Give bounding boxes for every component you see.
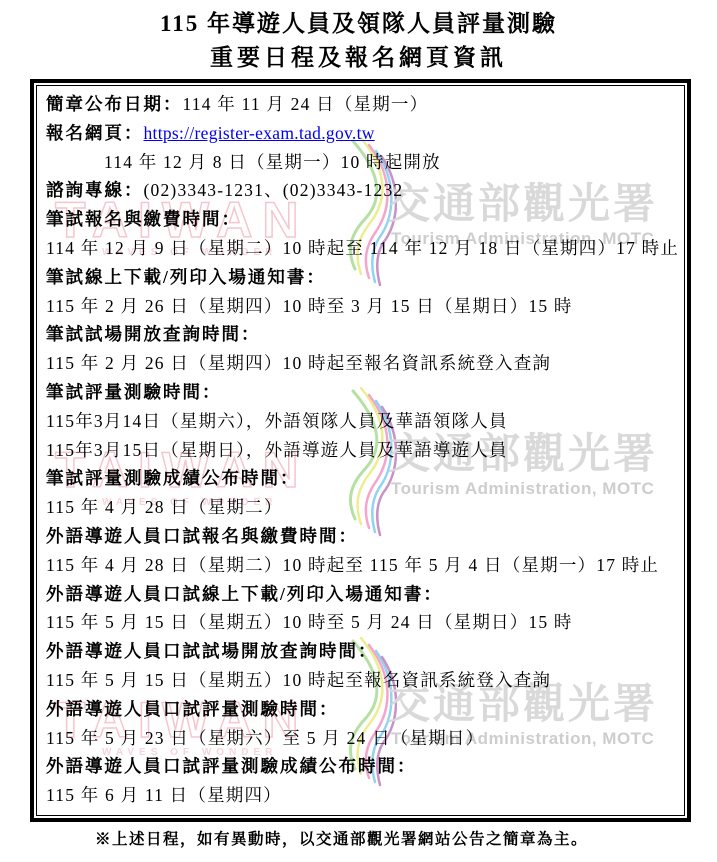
schedule-label: 筆試試場開放查詢時間：	[46, 324, 261, 344]
schedule-line: 115年3月14日（星期六），外語領隊人員及華語領隊人員	[46, 407, 678, 436]
schedule-line: 115 年 4 月 28 日（星期二）	[46, 493, 678, 522]
schedule-line: 115 年 5 月 23 日（星期六）至 5 月 24 日（星期日）	[46, 724, 678, 753]
title-block: 115 年導遊人員及領隊人員評量測驗 重要日程及報名網頁資訊	[0, 0, 717, 73]
schedule-line: 114 年 12 月 8 日（星期一）10 時起開放	[46, 148, 678, 177]
schedule-line: 諮詢專線：(02)3343-1231、(02)3343-1232	[46, 176, 678, 205]
schedule-line: 114 年 12 月 9 日（星期二）10 時起至 114 年 12 月 18 …	[46, 234, 678, 263]
schedule-value: 115 年 5 月 15 日（星期五）10 時至 5 月 24 日（星期日）15…	[46, 612, 573, 632]
schedule-value: 115年3月14日（星期六），外語領隊人員及華語領隊人員	[46, 411, 508, 431]
schedule-label: 外語導遊人員口試評量測驗時間：	[46, 699, 339, 719]
page-subtitle: 重要日程及報名網頁資訊	[0, 43, 717, 73]
schedule-value: 115 年 5 月 23 日（星期六）至 5 月 24 日（星期日）	[46, 728, 484, 748]
schedule-label: 報名網頁：	[46, 123, 144, 143]
schedule-label: 筆試報名與繳費時間：	[46, 209, 241, 229]
schedule-value: 114 年 11 月 24 日（星期一）	[183, 94, 429, 114]
schedule-line: 筆試線上下載/列印入場通知書：	[46, 263, 678, 292]
schedule-value: 115 年 6 月 11 日（星期四）	[46, 785, 282, 805]
schedule-line: 115 年 5 月 15 日（星期五）10 時至 5 月 24 日（星期日）15…	[46, 608, 678, 637]
registration-website-link[interactable]: https://register-exam.tad.gov.tw	[144, 123, 375, 143]
schedule-value: 115 年 2 月 26 日（星期四）10 時至 3 月 15 日（星期日）15…	[46, 296, 573, 316]
schedule-line: 報名網頁：https://register-exam.tad.gov.tw	[46, 119, 678, 148]
schedule-line: 外語導遊人員口試評量測驗時間：	[46, 695, 678, 724]
schedule-label: 筆試線上下載/列印入場通知書：	[46, 267, 326, 287]
page-title: 115 年導遊人員及領隊人員評量測驗	[0, 9, 717, 39]
schedule-value: 115 年 4 月 28 日（星期二）10 時起至 115 年 5 月 4 日（…	[46, 555, 659, 575]
schedule-label: 外語導遊人員口試評量測驗成績公布時間：	[46, 756, 417, 776]
schedule-value: 115 年 4 月 28 日（星期二）	[46, 497, 283, 517]
schedule-line: 筆試報名與繳費時間：	[46, 205, 678, 234]
schedule-line: 115 年 2 月 26 日（星期四）10 時起至報名資訊系統登入查詢	[46, 349, 678, 378]
schedule-label: 筆試評量測驗成績公布時間：	[46, 468, 300, 488]
schedule-label: 筆試評量測驗時間：	[46, 382, 222, 402]
schedule-line: 筆試評量測驗成績公布時間：	[46, 464, 678, 493]
schedule-label: 簡章公布日期：	[46, 94, 183, 114]
schedule-value: (02)3343-1231、(02)3343-1232	[144, 180, 404, 200]
schedule-value: 114 年 12 月 8 日（星期一）10 時起開放	[104, 152, 441, 172]
schedule-box: 簡章公布日期：114 年 11 月 24 日（星期一）報名網頁：https://…	[30, 79, 691, 822]
schedule-value: 115 年 5 月 15 日（星期五）10 時起至報名資訊系統登入查詢	[46, 670, 551, 690]
schedule-line: 外語導遊人員口試報名與繳費時間：	[46, 522, 678, 551]
schedule-line: 外語導遊人員口試試場開放查詢時間：	[46, 637, 678, 666]
schedule-line: 簡章公布日期：114 年 11 月 24 日（星期一）	[46, 90, 678, 119]
schedule-value: 115 年 2 月 26 日（星期四）10 時起至報名資訊系統登入查詢	[46, 353, 551, 373]
schedule-label: 外語導遊人員口試線上下載/列印入場通知書：	[46, 584, 443, 604]
schedule-line: 外語導遊人員口試評量測驗成績公布時間：	[46, 752, 678, 781]
schedule-line: 115 年 4 月 28 日（星期二）10 時起至 115 年 5 月 4 日（…	[46, 551, 678, 580]
notice-page: TAIWAN WAVES OF WONDER 交通部觀光署 Tourism Ad…	[0, 0, 717, 862]
schedule-line: 115年3月15日（星期日），外語導遊人員及華語導遊人員	[46, 436, 678, 465]
schedule-label: 諮詢專線：	[46, 180, 144, 200]
schedule-label: 外語導遊人員口試報名與繳費時間：	[46, 526, 358, 546]
schedule-value: 114 年 12 月 9 日（星期二）10 時起至 114 年 12 月 18 …	[46, 238, 679, 258]
schedule-line: 筆試試場開放查詢時間：	[46, 320, 678, 349]
schedule-value: 115年3月15日（星期日），外語導遊人員及華語導遊人員	[46, 440, 508, 460]
footer-note: ※上述日程，如有異動時，以交通部觀光署網站公告之簡章為主。	[0, 827, 717, 849]
schedule-line: 115 年 2 月 26 日（星期四）10 時至 3 月 15 日（星期日）15…	[46, 292, 678, 321]
schedule-line: 115 年 6 月 11 日（星期四）	[46, 781, 678, 810]
schedule-label: 外語導遊人員口試試場開放查詢時間：	[46, 641, 378, 661]
schedule-line: 外語導遊人員口試線上下載/列印入場通知書：	[46, 580, 678, 609]
schedule-line: 115 年 5 月 15 日（星期五）10 時起至報名資訊系統登入查詢	[46, 666, 678, 695]
schedule-box-inner: 簡章公布日期：114 年 11 月 24 日（星期一）報名網頁：https://…	[36, 85, 685, 816]
schedule-line: 筆試評量測驗時間：	[46, 378, 678, 407]
